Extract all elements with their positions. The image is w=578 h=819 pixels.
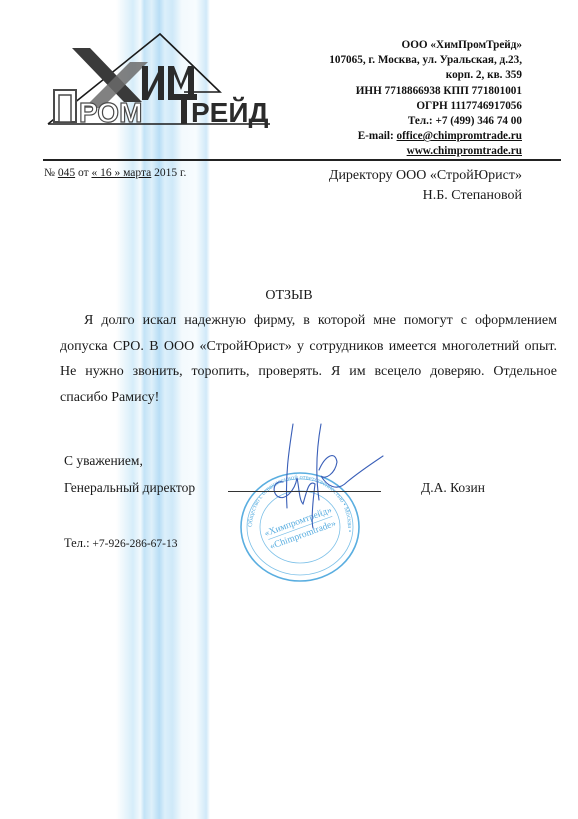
recipient: Директору ООО «СтройЮрист» Н.Б. Степанов… <box>329 166 522 206</box>
letter-year: 2015 г. <box>151 167 186 179</box>
letter-title: ОТЗЫВ <box>0 288 578 304</box>
signer-name: Д.А. Козин <box>421 480 485 496</box>
body-paragraph: Я долго искал надежную фирму, в которой … <box>60 308 557 410</box>
phone-number: +7-926-286-67-13 <box>90 538 178 550</box>
recipient-position: Директору ООО «СтройЮрист» <box>329 166 522 186</box>
signature-line <box>228 491 381 492</box>
contact-phone: Тел.: +7-926-286-67-13 <box>64 536 177 551</box>
company-email-row: E-mail: office@chimpromtrade.ru <box>329 129 522 144</box>
number-prefix: № <box>44 167 58 179</box>
letter-number: 045 <box>58 167 75 179</box>
company-inn-kpp: ИНН 7718866938 КПП 771801001 <box>329 84 522 99</box>
company-name: ООО «ХимПромТрейд» <box>329 38 522 53</box>
svg-text:РЕЙД: РЕЙД <box>191 96 268 128</box>
email-label: E-mail: <box>358 130 397 142</box>
signer-position: Генеральный директор <box>64 480 195 496</box>
letter-page: РОМ РЕЙД ООО «ХимПромТрейд» 107065, г. М… <box>0 0 578 819</box>
letter-reference: № 045 от « 16 » марта 2015 г. <box>44 167 186 179</box>
website-link[interactable]: www.chimpromtrade.ru <box>407 145 522 157</box>
svg-text:РОМ: РОМ <box>79 97 142 128</box>
recipient-name: Н.Б. Степановой <box>329 186 522 206</box>
company-address: 107065, г. Москва, ул. Уральская, д.23, <box>329 53 522 68</box>
from-word: от <box>75 167 91 179</box>
signature <box>255 420 385 530</box>
letter-body: Я долго искал надежную фирму, в которой … <box>60 308 557 410</box>
phone-label: Тел.: <box>64 536 90 550</box>
email-link[interactable]: office@chimpromtrade.ru <box>397 130 522 142</box>
company-logo: РОМ РЕЙД <box>44 28 274 128</box>
letter-date: « 16 » марта <box>91 167 151 179</box>
company-details: ООО «ХимПромТрейд» 107065, г. Москва, ул… <box>329 38 522 160</box>
closing-regards: С уважением, <box>64 453 143 469</box>
company-address-2: корп. 2, кв. 359 <box>329 68 522 83</box>
header-divider <box>43 159 561 161</box>
company-ogrn: ОГРН 1117746917056 <box>329 99 522 114</box>
company-phone: Тел.: +7 (499) 346 74 00 <box>329 114 522 129</box>
